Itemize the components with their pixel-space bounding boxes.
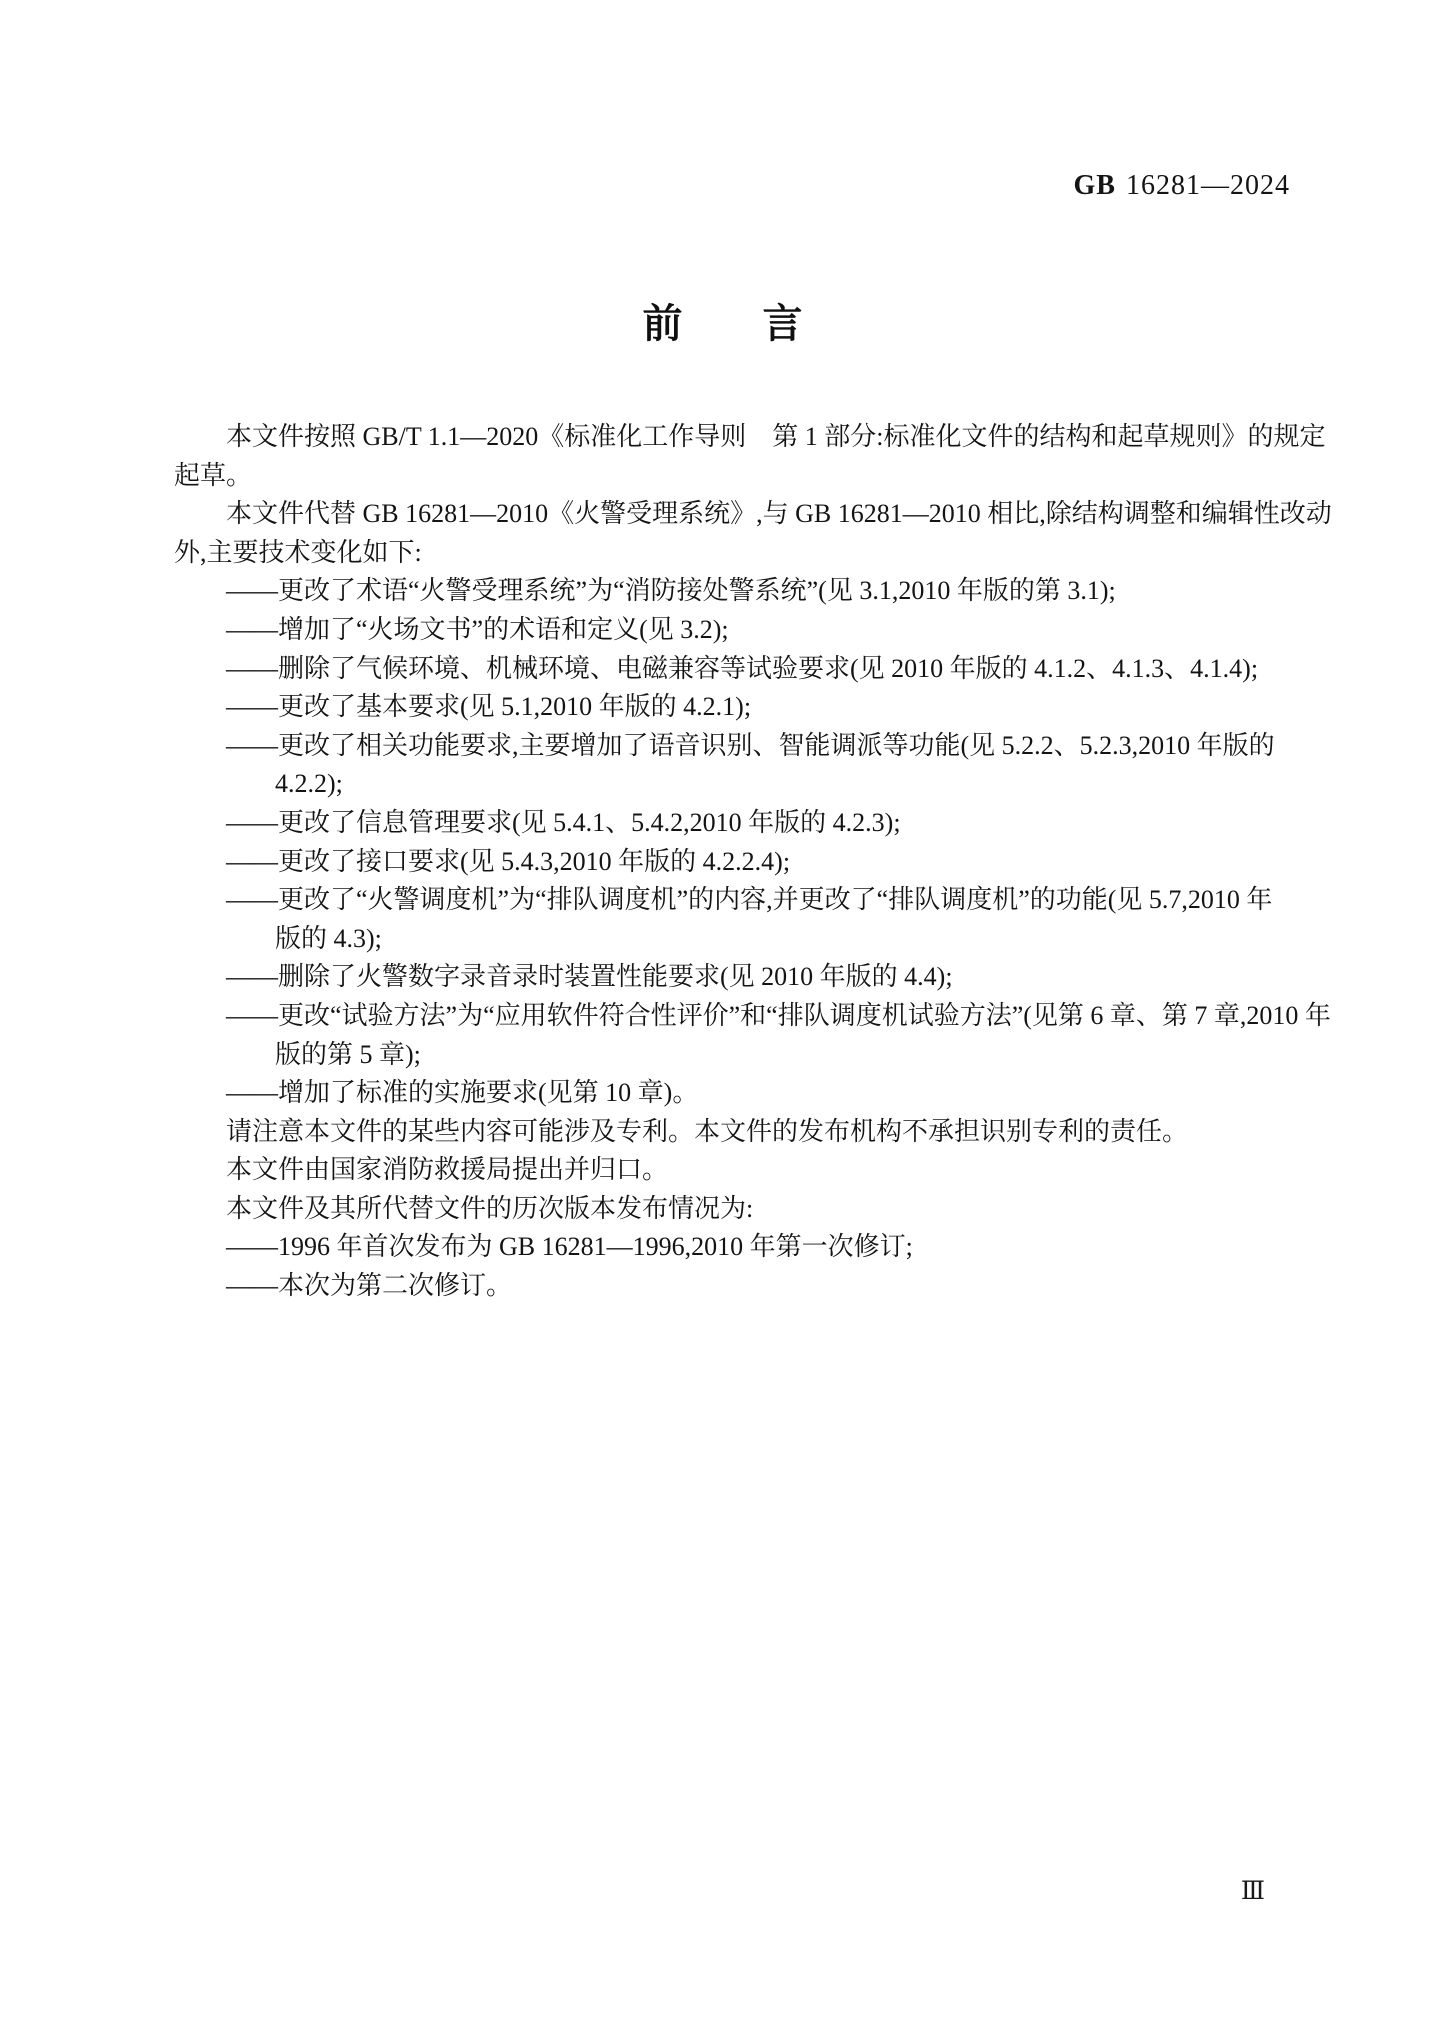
text-line: ——更改了接口要求(见 5.4.3,2010 年版的 4.2.2.4);	[174, 843, 1299, 882]
text-line: ——更改了术语“火警受理系统”为“消防接处警系统”(见 3.1,2010 年版的…	[174, 572, 1299, 611]
text-line: 请注意本文件的某些内容可能涉及专利。本文件的发布机构不承担识别专利的责任。	[174, 1113, 1299, 1152]
text-line: ——更改了“火警调度机”为“排队调度机”的内容,并更改了“排队调度机”的功能(见…	[174, 881, 1299, 920]
text-line: 本文件由国家消防救援局提出并归口。	[174, 1151, 1299, 1190]
document-page: GB16281—2024 前 言 本文件按照 GB/T 1.1—2020《标准化…	[0, 0, 1445, 2044]
page-number: Ⅲ	[1241, 1876, 1265, 1906]
text-line: ——更改了相关功能要求,主要增加了语音识别、智能调派等功能(见 5.2.2、5.…	[174, 727, 1299, 766]
text-line: 起草。	[174, 457, 1299, 496]
text-line: 版的第 5 章);	[174, 1036, 1299, 1075]
text-line: ——删除了气候环境、机械环境、电磁兼容等试验要求(见 2010 年版的 4.1.…	[174, 650, 1299, 689]
text-line: ——1996 年首次发布为 GB 16281—1996,2010 年第一次修订;	[174, 1228, 1299, 1267]
document-number-prefix: GB	[1074, 170, 1116, 201]
text-line: 4.2.2);	[174, 765, 1299, 804]
text-line: ——本次为第二次修订。	[174, 1267, 1299, 1306]
text-line: 外,主要技术变化如下:	[174, 534, 1299, 573]
text-line: ——更改了基本要求(见 5.1,2010 年版的 4.2.1);	[174, 688, 1299, 727]
text-line: ——更改“试验方法”为“应用软件符合性评价”和“排队调度机试验方法”(见第 6 …	[174, 997, 1299, 1036]
text-line: 本文件及其所代替文件的历次版本发布情况为:	[174, 1190, 1299, 1229]
foreword-body: 本文件按照 GB/T 1.1—2020《标准化工作导则 第 1 部分:标准化文件…	[174, 418, 1299, 1306]
text-line: 本文件代替 GB 16281—2010《火警受理系统》,与 GB 16281—2…	[174, 495, 1299, 534]
page-title: 前 言	[0, 292, 1445, 349]
text-line: ——删除了火警数字录音录时装置性能要求(见 2010 年版的 4.4);	[174, 958, 1299, 997]
text-line: ——增加了标准的实施要求(见第 10 章)。	[174, 1074, 1299, 1113]
text-line: ——增加了“火场文书”的术语和定义(见 3.2);	[174, 611, 1299, 650]
text-line: 版的 4.3);	[174, 920, 1299, 959]
text-line: ——更改了信息管理要求(见 5.4.1、5.4.2,2010 年版的 4.2.3…	[174, 804, 1299, 843]
text-line: 本文件按照 GB/T 1.1—2020《标准化工作导则 第 1 部分:标准化文件…	[174, 418, 1299, 457]
document-number-value: 16281—2024	[1126, 170, 1290, 201]
document-number: GB16281—2024	[1074, 170, 1290, 202]
